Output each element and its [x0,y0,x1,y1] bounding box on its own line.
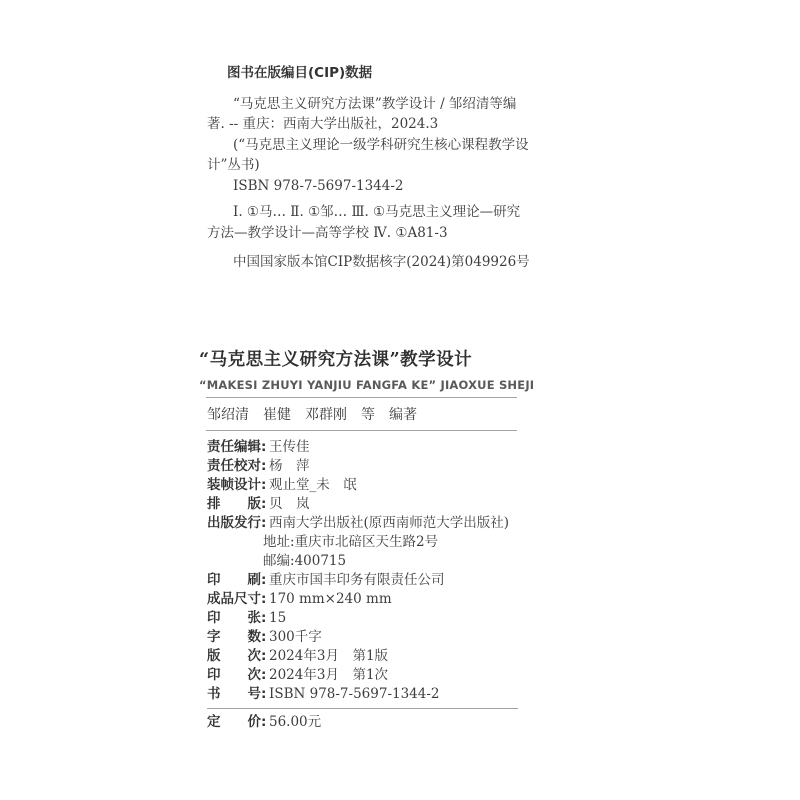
book-title: “马克思主义研究方法课”教学设计 [199,346,559,371]
colophon-label: 印 刷: [207,571,269,590]
colophon-row-designer: 装帧设计:观止堂_未 氓 [207,476,537,495]
book-copyright-page: 图书在版编目(CIP)数据 “马克思主义研究方法课”教学设计 / 邹绍清等编 著… [0,0,800,800]
cip-block: 图书在版编目(CIP)数据 “马克思主义研究方法课”教学设计 / 邹绍清等编 著… [207,63,537,273]
colophon-value: 重庆市北碚区天生路2号 [295,534,439,550]
colophon-row-editor: 责任编辑:王传佳 [207,438,537,457]
divider [206,430,517,431]
colophon-label: 印 次: [207,666,269,685]
colophon-row-edition: 版 次:2024年3月 第1版 [207,647,537,666]
colophon-label: 邮编: [207,552,295,571]
cip-line: (“马克思主义理论一级学科研究生核心课程教学设 [207,135,537,156]
colophon-value: 贝 岚 [269,496,310,512]
colophon-value: 2024年3月 第1版 [269,648,388,664]
book-title-pinyin: “MAKESI ZHUYI YANJIU FANGFA KE” JIAOXUE … [199,378,559,392]
colophon-value: 观止堂_未 氓 [269,477,357,493]
colophon-row-postcode: 邮编:400715 [207,552,537,571]
colophon-value: 杨 萍 [269,458,310,474]
colophon-row-wordcount: 字 数:300千字 [207,628,537,647]
cip-isbn-line: ISBN 978-7-5697-1344-2 [207,176,537,197]
colophon-row-publisher: 出版发行:西南大学出版社(原西南师范大学出版社) [207,514,537,533]
colophon-value: 王传佳 [269,439,310,455]
colophon-row-printer: 印 刷:重庆市国丰印务有限责任公司 [207,571,537,590]
cip-heading: 图书在版编目(CIP)数据 [207,63,537,84]
colophon-row-typesetting: 排 版:贝 岚 [207,495,537,514]
colophon-label: 责任校对: [207,457,269,476]
spacer [207,243,537,252]
authors-line: 邹绍清 崔健 邓群刚 等 编著 [207,404,417,424]
colophon: 责任编辑:王传佳 责任校对:杨 萍 装帧设计:观止堂_未 氓 排 版:贝 岚 出… [207,438,537,732]
colophon-value: 2024年3月 第1次 [269,667,388,683]
cip-line: “马克思主义研究方法课”教学设计 / 邹绍清等编 [207,94,537,115]
cip-record-number: 中国国家版本馆CIP数据核字(2024)第049926号 [207,252,537,273]
colophon-value: 300千字 [269,629,322,645]
colophon-label: 印 张: [207,609,269,628]
title-block: “马克思主义研究方法课”教学设计 “MAKESI ZHUYI YANJIU FA… [199,346,559,392]
colophon-label: 责任编辑: [207,438,269,457]
cip-classification-line: 方法—教学设计—高等学校 Ⅳ. ①A81-3 [207,223,537,244]
colophon-label: 成品尺寸: [207,590,269,609]
colophon-label: 出版发行: [207,514,269,533]
cip-line: 著. -- 重庆：西南大学出版社，2024.3 [207,114,537,135]
colophon-label: 地址: [207,533,295,552]
cip-classification-line: Ⅰ. ①马… Ⅱ. ①邹… Ⅲ. ①马克思主义理论—研究 [207,202,537,223]
colophon-value: 400715 [295,553,347,569]
colophon-label: 书 号: [207,685,269,704]
divider [206,397,517,398]
colophon-label: 版 次: [207,647,269,666]
colophon-row-isbn: 书 号:ISBN 978-7-5697-1344-2 [207,685,537,704]
colophon-label: 定 价: [207,713,269,732]
colophon-value: 170 mm×240 mm [269,591,392,607]
cip-line: 计”丛书) [207,155,537,176]
colophon-row-printing: 印 次:2024年3月 第1次 [207,666,537,685]
colophon-label: 装帧设计: [207,476,269,495]
colophon-label: 排 版: [207,495,269,514]
colophon-row-address: 地址:重庆市北碚区天生路2号 [207,533,537,552]
colophon-row-sheets: 印 张:15 [207,609,537,628]
divider [207,708,518,709]
colophon-row-size: 成品尺寸:170 mm×240 mm [207,590,537,609]
colophon-value: 56.00元 [269,714,321,730]
colophon-row-proofreader: 责任校对:杨 萍 [207,457,537,476]
colophon-value: 重庆市国丰印务有限责任公司 [269,572,445,588]
colophon-value: ISBN 978-7-5697-1344-2 [269,686,440,702]
colophon-value: 15 [269,610,286,626]
colophon-label: 字 数: [207,628,269,647]
colophon-row-price: 定 价:56.00元 [207,713,537,732]
colophon-value: 西南大学出版社(原西南师范大学出版社) [269,515,509,531]
